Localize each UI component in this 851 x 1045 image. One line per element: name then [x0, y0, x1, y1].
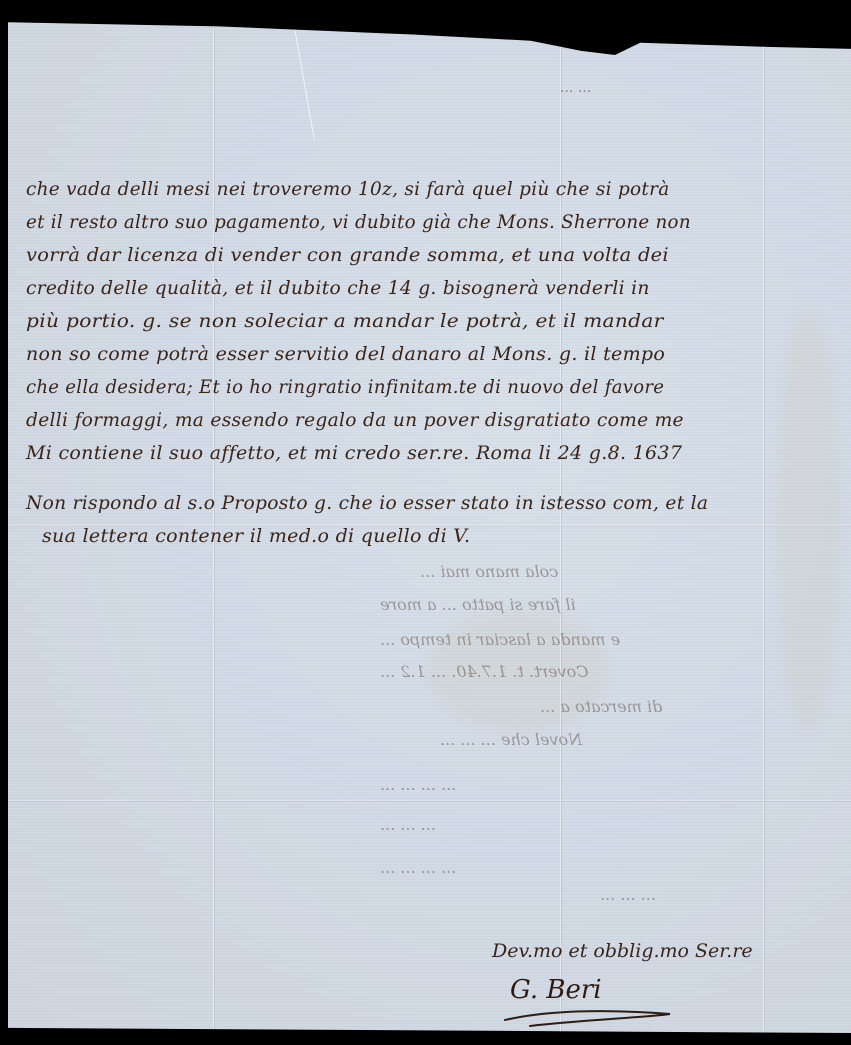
bleed-through-line: cola mano mai ... — [420, 562, 558, 581]
fold-line-vertical — [763, 10, 765, 1033]
letter-line: non so come potrà esser servitio del dan… — [26, 343, 665, 365]
letter-line: più portio. g. se non soleciar a mandar … — [26, 310, 664, 332]
signature-flourish-icon — [500, 990, 680, 1030]
top-faded-note: ... ... — [560, 80, 591, 96]
paper-stain — [778, 310, 838, 730]
letter-closing: Dev.mo et obblig.mo Ser.re — [492, 940, 753, 962]
letter-line: Non rispondo al s.o Proposto g. che io e… — [26, 492, 708, 514]
letter-line: delli formaggi, ma essendo regalo da un … — [26, 409, 684, 431]
fold-line-horizontal — [8, 800, 851, 802]
bleed-through-line: il fare si patto ... a more — [380, 595, 576, 614]
bleed-through-line: ... ... ... ... — [380, 858, 456, 877]
letter-line: che ella desidera; Et io ho ringratio in… — [26, 376, 664, 398]
bleed-through-line: Novel che ... ... ... — [440, 730, 582, 749]
bleed-through-line: Covert. t. 1.7.40. ... 1.2 ... — [380, 662, 588, 681]
paper-sheet — [8, 10, 851, 1033]
bleed-through-line: ... ... ... — [600, 885, 656, 904]
bleed-through-line: ... ... ... ... — [380, 775, 456, 794]
scanned-letter: ... ... cola mano mai ... il fare si pat… — [0, 0, 851, 1045]
letter-line: et il resto altro suo pagamento, vi dubi… — [26, 211, 691, 233]
bleed-through-line: e manda a lasciar in tempo ... — [380, 630, 620, 649]
letter-line: Mi contiene il suo affetto, et mi credo … — [26, 442, 682, 464]
paper-crease — [293, 22, 315, 140]
fold-line-vertical — [213, 10, 215, 1033]
letter-line: vorrà dar licenza di vender con grande s… — [26, 244, 669, 266]
letter-line: sua lettera contener il med.o di quello … — [42, 525, 470, 547]
letter-line: che vada delli mesi nei troveremo 10z, s… — [26, 178, 670, 200]
bleed-through-line: di mercato a ... — [540, 697, 662, 716]
fold-line-vertical — [560, 10, 562, 1033]
bleed-through-line: ... ... ... — [380, 815, 436, 834]
letter-line: credito delle qualità, et il dubito che … — [26, 277, 650, 299]
